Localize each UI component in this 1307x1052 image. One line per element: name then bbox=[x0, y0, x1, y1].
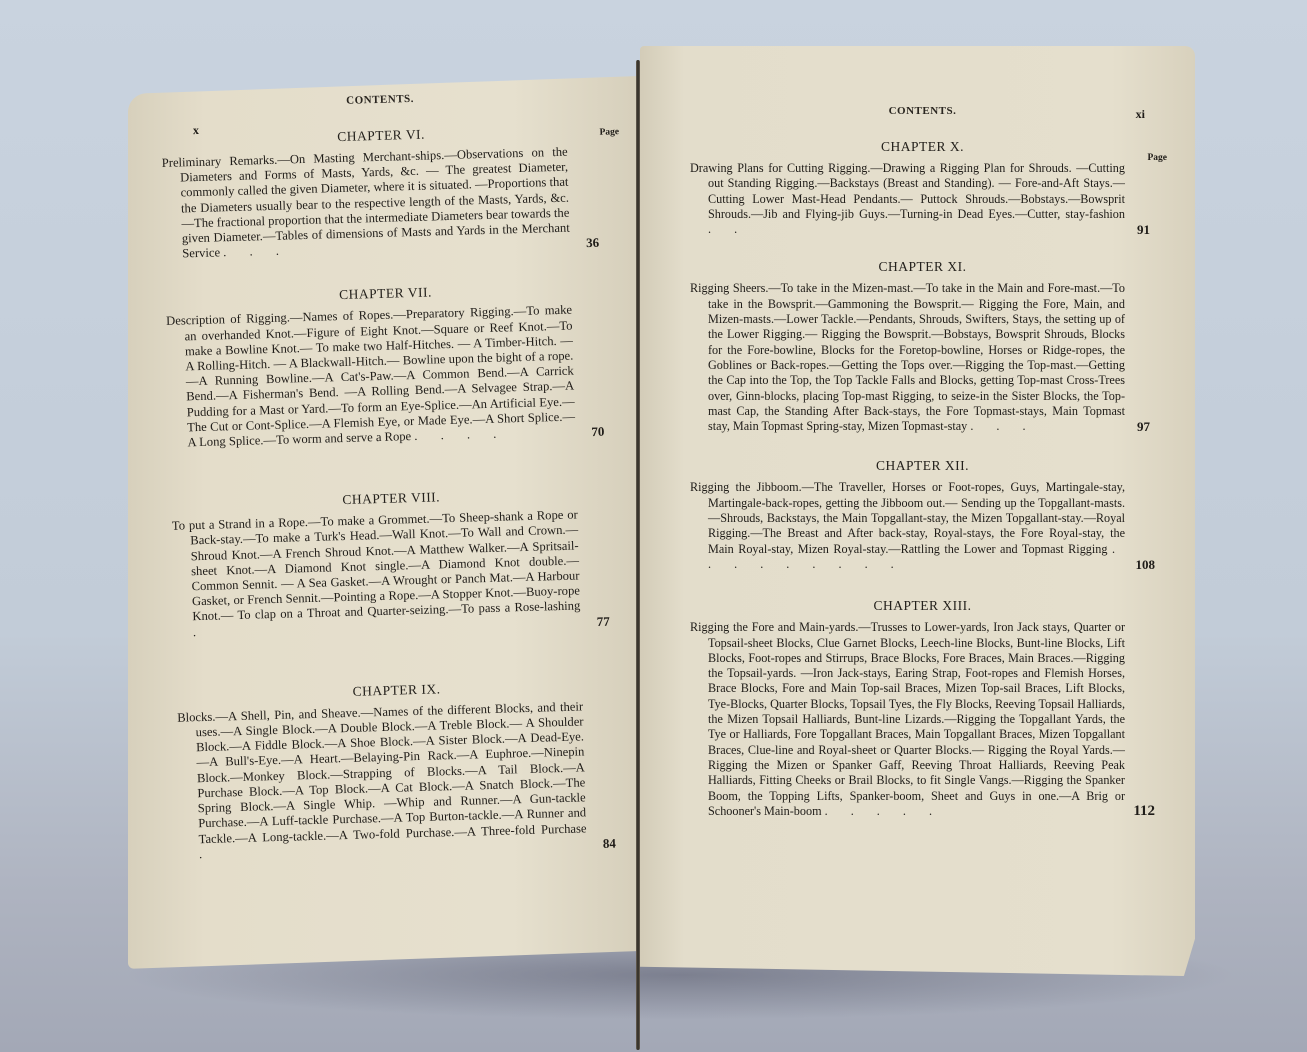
chapter-title: CHAPTER XII. bbox=[690, 458, 1155, 474]
toc-entry: Rigging Sheers.—To take in the Mizen-mas… bbox=[690, 281, 1155, 434]
dot-leader: . . . bbox=[970, 419, 1035, 433]
entry-text: Drawing Plans for Cutting Rigging.—Drawi… bbox=[690, 161, 1125, 221]
page-folio: xi bbox=[1136, 107, 1145, 122]
toc-chapter-ix: CHAPTER IX. Blocks.—A Shell, Pin, and Sh… bbox=[176, 676, 621, 862]
chapter-title: CHAPTER XIII. bbox=[690, 598, 1155, 614]
entry-text: To put a Strand in a Rope.—To make a Gro… bbox=[172, 508, 581, 624]
chapter-title: CHAPTER XI. bbox=[690, 259, 1155, 275]
book-gutter-spine bbox=[636, 60, 640, 1050]
toc-chapter-x: CHAPTER X. Page Drawing Plans for Cuttin… bbox=[690, 139, 1155, 237]
page-number: 112 bbox=[1151, 804, 1155, 819]
toc-entry: To put a Strand in a Rope.—To make a Gro… bbox=[172, 507, 615, 641]
toc-chapter-vii: CHAPTER VII. Description of Rigging.—Nam… bbox=[165, 280, 609, 451]
toc-entry: Drawing Plans for Cutting Rigging.—Drawi… bbox=[690, 161, 1155, 237]
page-column-label: Page bbox=[599, 127, 619, 138]
entry-text: Rigging the Jibboom.—The Traveller, Hors… bbox=[690, 480, 1125, 555]
right-page-contents: CONTENTS. xi CHAPTER X. Page Drawing Pla… bbox=[690, 105, 1155, 841]
toc-chapter-viii: CHAPTER VIII. To put a Strand in a Rope.… bbox=[171, 485, 615, 641]
toc-entry: Description of Rigging.—Names of Ropes.—… bbox=[166, 302, 610, 451]
entry-text: Description of Rigging.—Names of Ropes.—… bbox=[166, 303, 575, 449]
dot-leader: . . . . . bbox=[825, 804, 942, 818]
dot-leader: . . bbox=[708, 222, 747, 236]
toc-entry: Blocks.—A Shell, Pin, and Sheave.—Names … bbox=[177, 698, 621, 862]
toc-chapter-xiii: CHAPTER XIII. Rigging the Fore and Main-… bbox=[690, 598, 1155, 819]
left-page-contents: CONTENTS. x CHAPTER VI. Page Preliminary… bbox=[160, 88, 622, 885]
dot-leader: . bbox=[193, 625, 207, 639]
entry-text: Rigging Sheers.—To take in the Mizen-mas… bbox=[690, 281, 1125, 433]
toc-chapter-xii: CHAPTER XII. Rigging the Jibboom.—The Tr… bbox=[690, 458, 1155, 572]
toc-chapter-xi: CHAPTER XI. Rigging Sheers.—To take in t… bbox=[690, 259, 1155, 434]
toc-entry: Rigging the Jibboom.—The Traveller, Hors… bbox=[690, 480, 1155, 572]
entry-text: Rigging the Fore and Main-yards.—Trusses… bbox=[690, 620, 1125, 818]
toc-chapter-vi: CHAPTER VI. Page Preliminary Remarks.—On… bbox=[161, 122, 604, 263]
entry-text: Preliminary Remarks.—On Masting Merchant… bbox=[162, 145, 570, 261]
dot-leader: . . . . bbox=[414, 427, 506, 444]
toc-entry: Rigging the Fore and Main-yards.—Trusses… bbox=[690, 620, 1155, 819]
toc-entry: Preliminary Remarks.—On Masting Merchant… bbox=[162, 144, 605, 263]
entry-text: Blocks.—A Shell, Pin, and Sheave.—Names … bbox=[177, 699, 587, 845]
page-number: 108 bbox=[1154, 557, 1156, 572]
dot-leader: . . . bbox=[223, 244, 289, 260]
chapter-title: CHAPTER X. bbox=[690, 139, 1155, 155]
dot-leader: . bbox=[199, 847, 213, 861]
running-head: CONTENTS. bbox=[690, 105, 1155, 117]
